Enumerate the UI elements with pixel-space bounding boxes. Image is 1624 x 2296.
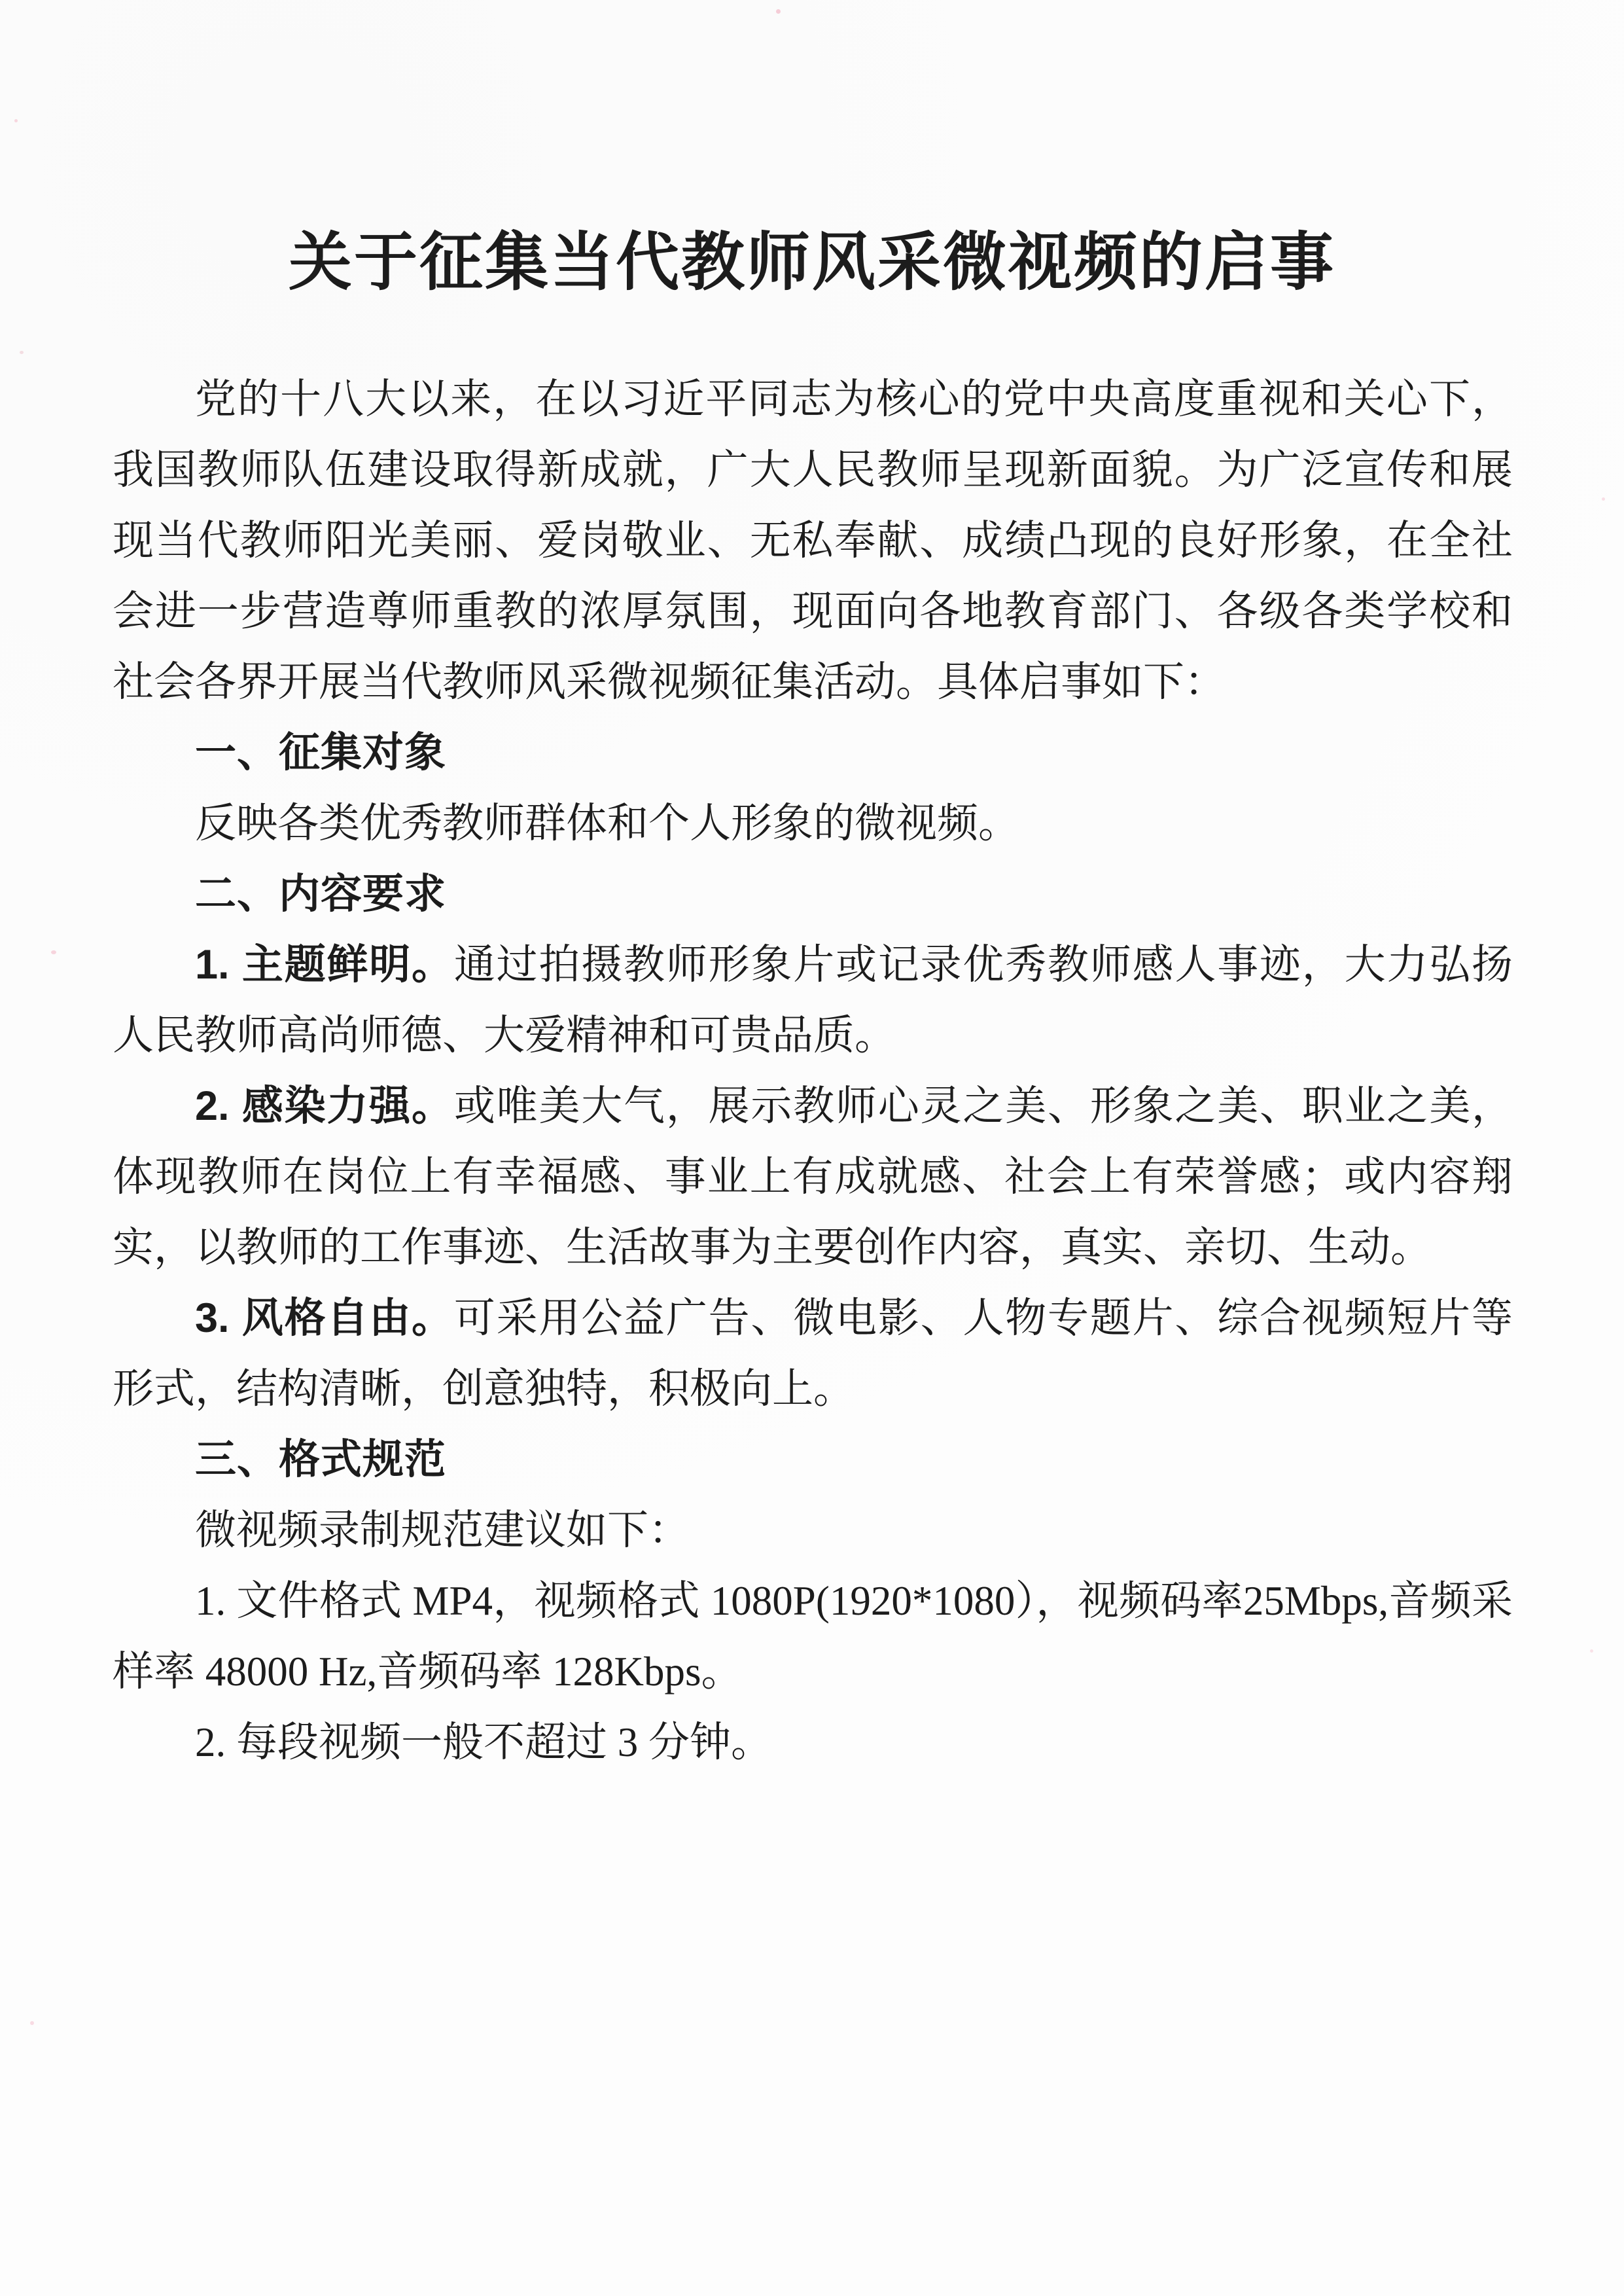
section2-item-2-lead: 2. 感染力强。 (195, 1083, 454, 1129)
section2-item-2: 2. 感染力强。或唯美大气，展示教师心灵之美、形象之美、职业之美，体现教师在岗位… (113, 1071, 1513, 1283)
section2-item-3: 3. 风格自由。可采用公益广告、微电影、人物专题片、综合视频短片等形式，结构清晰… (113, 1283, 1513, 1424)
scan-noise-speck (20, 351, 24, 354)
scan-noise-speck (30, 2021, 34, 2025)
scan-noise-speck (14, 119, 18, 122)
scan-noise-speck (51, 950, 56, 954)
section2-item-1-lead: 1. 主题鲜明。 (195, 942, 454, 988)
section2-heading: 二、内容要求 (113, 859, 1513, 929)
section1-paragraph: 反映各类优秀教师群体和个人形象的微视频。 (113, 788, 1513, 859)
scan-noise-speck (776, 9, 781, 14)
section3-intro: 微视频录制规范建议如下： (113, 1495, 1513, 1566)
scan-noise-speck (1602, 497, 1605, 501)
intro-paragraph: 党的十八大以来，在以习近平同志为核心的党中央高度重视和关心下，我国教师队伍建设取… (113, 364, 1513, 717)
scanned-page: 关于征集当代教师风采微视频的启事 党的十八大以来，在以习近平同志为核心的党中央高… (0, 0, 1624, 2296)
section2-item-3-lead: 3. 风格自由。 (195, 1295, 454, 1341)
section3-heading: 三、格式规范 (113, 1424, 1513, 1495)
document-body: 党的十八大以来，在以习近平同志为核心的党中央高度重视和关心下，我国教师队伍建设取… (113, 364, 1513, 1778)
section1-heading: 一、征集对象 (113, 717, 1513, 788)
section3-item-1: 1. 文件格式 MP4，视频格式 1080P(1920*1080），视频码率25… (113, 1566, 1513, 1707)
scan-noise-speck (1590, 1649, 1593, 1653)
document-title: 关于征集当代教师风采微视频的启事 (0, 211, 1624, 302)
section3-item-2: 2. 每段视频一般不超过 3 分钟。 (113, 1707, 1513, 1778)
section2-item-1: 1. 主题鲜明。通过拍摄教师形象片或记录优秀教师感人事迹，大力弘扬人民教师高尚师… (113, 929, 1513, 1071)
